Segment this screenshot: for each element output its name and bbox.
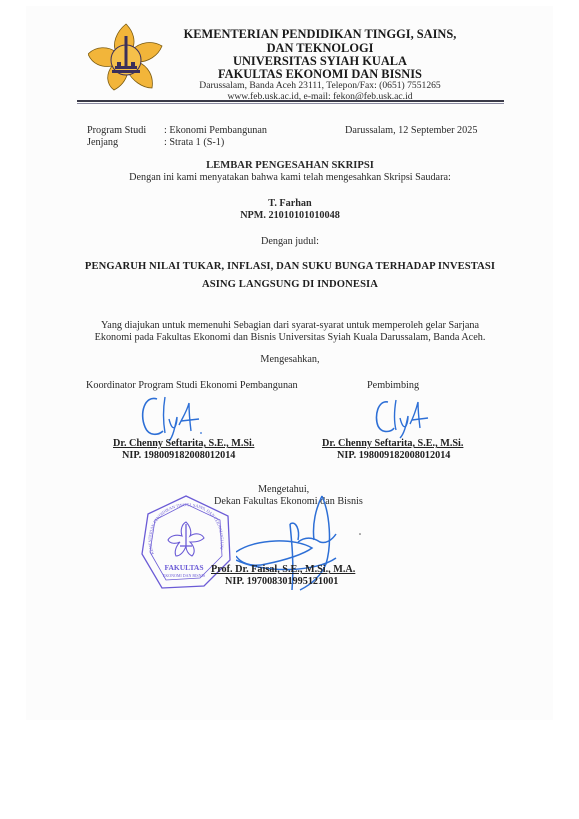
purpose-line1: Yang diajukan untuk memenuhi Sebagian da…	[60, 320, 520, 331]
supervisor-role: Pembimbing	[367, 380, 419, 391]
supervisor-nip: NIP. 198009182008012014	[337, 450, 450, 461]
thesis-title-line1: PENGARUH NILAI TUKAR, INFLASI, DAN SUKU …	[60, 261, 520, 272]
student-name: T. Farhan	[60, 198, 520, 209]
student-npm: NPM. 2101010101004​8	[60, 210, 520, 221]
coordinator-signature-icon	[135, 393, 205, 443]
purpose-line2: Ekonomi pada Fakultas Ekonomi dan Bisnis…	[60, 332, 520, 343]
coordinator-nip: NIP. 198009182008012014	[122, 450, 235, 461]
with-title-label: Dengan judul:	[60, 236, 520, 247]
level-label: Jenjang	[87, 137, 118, 148]
stamp-label: FAKULTAS	[164, 563, 203, 572]
dean-name: Prof. Dr. Faisal, S.E., M.Si., M.A.	[211, 564, 355, 575]
university-name: UNIVERSITAS SYIAH KUALA	[170, 54, 470, 68]
program-label: Program Studi	[87, 125, 146, 136]
letterhead-divider-thin	[77, 103, 504, 104]
intro-text: Dengan ini kami menyatakan bahwa kami te…	[60, 172, 520, 183]
coordinator-name: Dr. Chenny Seftarita, S.E., M.Si.	[113, 438, 254, 449]
supervisor-signature-icon	[372, 398, 432, 440]
supervisor-name: Dr. Chenny Seftarita, S.E., M.Si.	[322, 438, 463, 449]
university-emblem-icon	[88, 22, 164, 92]
faculty-address: Darussalam, Banda Aceh 23111, Telepon/Fa…	[170, 80, 470, 91]
approve-label: Mengesahkan,	[60, 354, 520, 365]
dean-nip: NIP. 197008301995121001	[225, 576, 338, 587]
faculty-name: FAKULTAS EKONOMI DAN BISNIS	[170, 67, 470, 81]
faculty-stamp-icon: FAKULTAS EKONOMI DAN BISNIS KEMENTERIAN …	[140, 494, 232, 590]
program-value: : Ekonomi Pembangunan	[164, 125, 267, 136]
thesis-title-line2: ASING LANGSUNG DI INDONESIA	[60, 279, 520, 290]
place-date: Darussalam, 12 September 2025	[345, 125, 477, 136]
level-value: : Strata 1 (S-1)	[164, 137, 224, 148]
coordinator-role: Koordinator Program Studi Ekonomi Pemban…	[86, 380, 298, 391]
ministry-name-line1: KEMENTERIAN PENDIDIKAN TINGGI, SAINS,	[170, 27, 470, 41]
ministry-name-line2: DAN TEKNOLOGI	[170, 41, 470, 55]
document-heading: LEMBAR PENGESAHAN SKRIPSI	[60, 160, 520, 171]
stamp-sub-label: EKONOMI DAN BISNIS	[163, 573, 205, 578]
